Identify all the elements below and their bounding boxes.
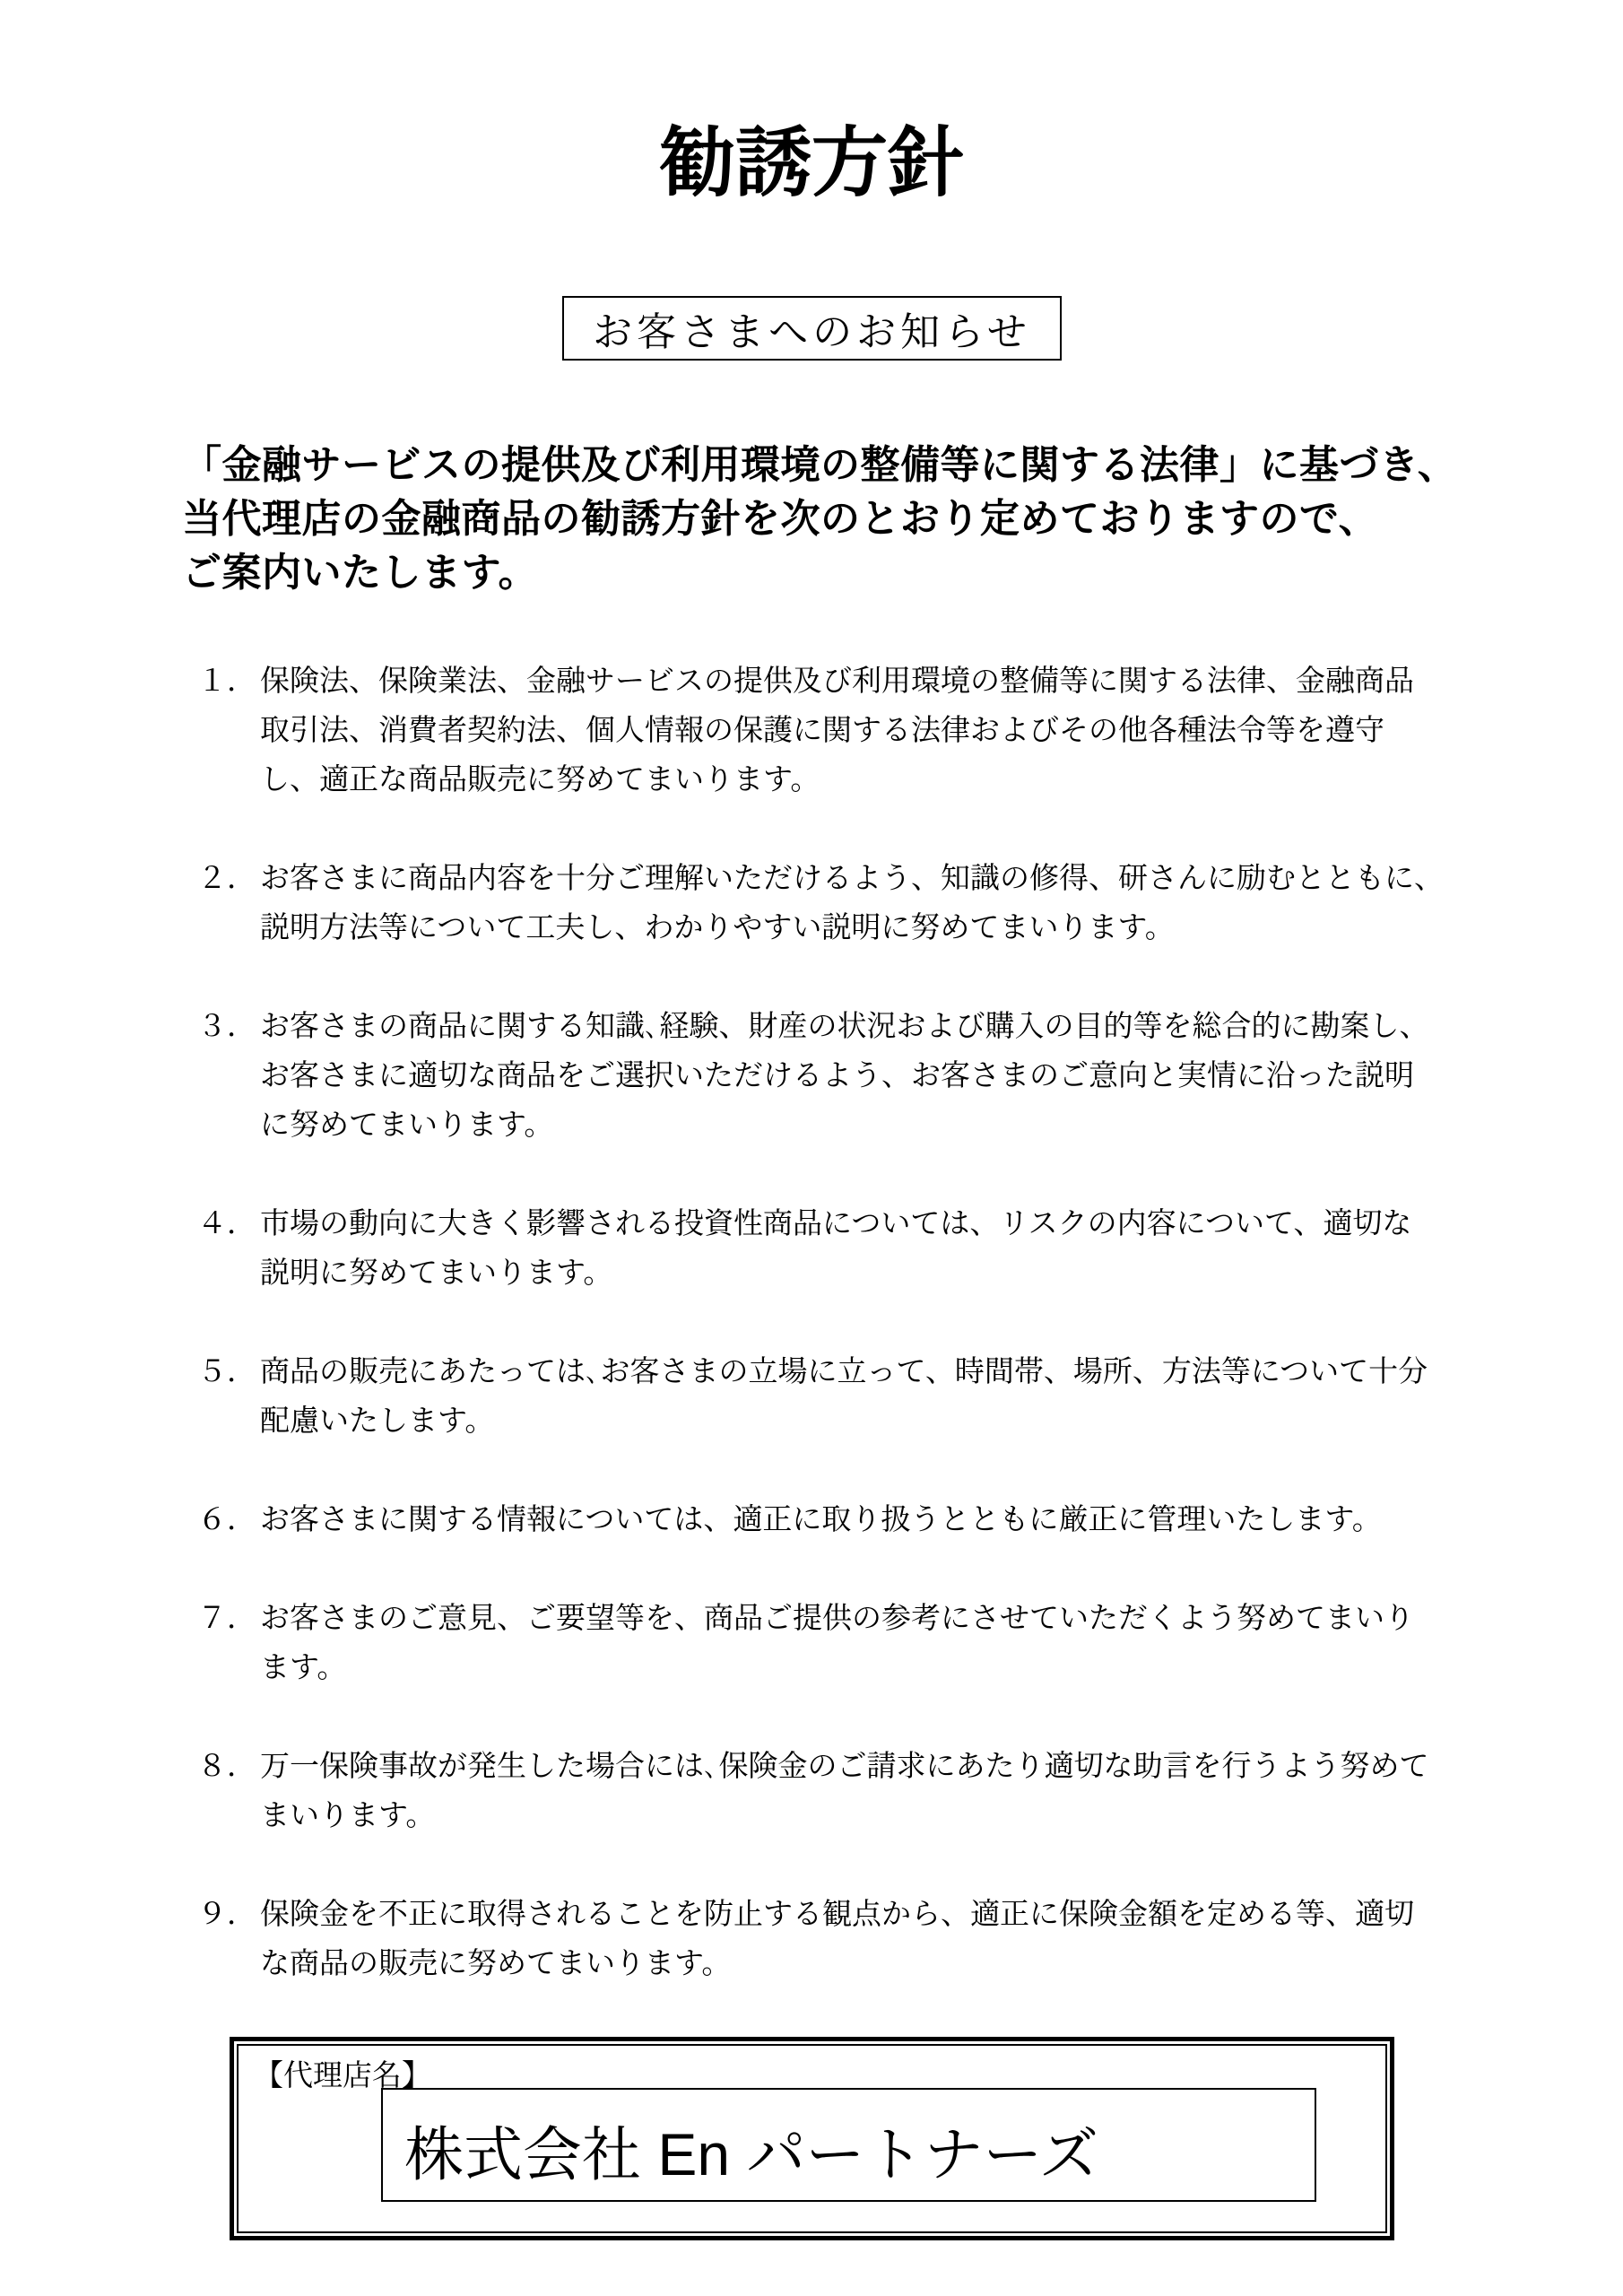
policy-item-text: 商品の販売にあたっては､お客さまの立場に立って、時間帯、場所、方法等について十分… [260, 1346, 1497, 1445]
policy-item-number: ６． [197, 1494, 260, 1544]
intro-line: ご案内いたします。 [182, 546, 1457, 600]
policy-item-line: 保険法、保険業法、金融サービスの提供及び利用環境の整備等に関する法律、金融商品 [260, 656, 1497, 705]
policy-item: ４． 市場の動向に大きく影響される投資性商品については、リスクの内容について、適… [197, 1198, 1497, 1297]
policy-item-number: ５． [197, 1346, 260, 1396]
policy-item-text: お客さまに関する情報については、適正に取り扱うとともに厳正に管理いたします。 [260, 1494, 1497, 1544]
company-name: 株式会社 En パートナーズ [404, 2107, 1098, 2192]
policy-item-text: 万一保険事故が発生した場合には､保険金のご請求にあたり適切な助言を行うよう努めて… [260, 1741, 1497, 1839]
customer-notice-box: お客さまへのお知らせ [562, 296, 1062, 361]
policy-item-number: ７． [197, 1593, 260, 1642]
policy-item-number: ９． [197, 1889, 260, 1938]
policy-list: １． 保険法、保険業法、金融サービスの提供及び利用環境の整備等に関する法律、金融… [197, 656, 1497, 2037]
policy-item-line: ます。 [260, 1642, 1497, 1692]
policy-item-line: お客さまに適切な商品をご選択いただけるよう、お客さまのご意向と実情に沿った説明 [260, 1050, 1497, 1100]
policy-item-number: １． [197, 656, 260, 705]
policy-item: ２． お客さまに商品内容を十分ご理解いただけるよう、知識の修得、研さんに励むとと… [197, 853, 1497, 952]
policy-item-line: 市場の動向に大きく影響される投資性商品については、リスクの内容について、適切な [260, 1198, 1497, 1248]
customer-notice-label: お客さまへのお知らせ [593, 300, 1031, 357]
policy-item-line: 取引法、消費者契約法、個人情報の保護に関する法律およびその他各種法令等を遵守 [260, 705, 1497, 754]
policy-item: １． 保険法、保険業法、金融サービスの提供及び利用環境の整備等に関する法律、金融… [197, 656, 1497, 804]
policy-item: ３． お客さまの商品に関する知識､経験、財産の状況および購入の目的等を総合的に勘… [197, 1001, 1497, 1149]
policy-item: ８． 万一保険事故が発生した場合には､保険金のご請求にあたり適切な助言を行うよう… [197, 1741, 1497, 1839]
policy-item-text: お客さまに商品内容を十分ご理解いただけるよう、知識の修得、研さんに励むとともに、… [260, 853, 1497, 952]
policy-item: ７． お客さまのご意見、ご要望等を、商品ご提供の参考にさせていただくよう努めてま… [197, 1593, 1497, 1692]
policy-item-text: お客さまの商品に関する知識､経験、財産の状況および購入の目的等を総合的に勘案し、… [260, 1001, 1497, 1149]
policy-item-line: 説明方法等について工夫し、わかりやすい説明に努めてまいります。 [260, 902, 1497, 952]
policy-item-number: ４． [197, 1198, 260, 1248]
policy-item: ６． お客さまに関する情報については、適正に取り扱うとともに厳正に管理いたします… [197, 1494, 1497, 1544]
policy-item-line: お客さまの商品に関する知識､経験、財産の状況および購入の目的等を総合的に勘案し、 [260, 1001, 1497, 1050]
policy-item-line: 保険金を不正に取得されることを防止する観点から、適正に保険金額を定める等、適切 [260, 1889, 1497, 1938]
company-name-box: 株式会社 En パートナーズ [381, 2088, 1316, 2202]
intro-line: 当代理店の金融商品の勧誘方針を次のとおり定めておりますので、 [182, 492, 1457, 546]
policy-item-line: な商品の販売に努めてまいります。 [260, 1938, 1497, 1987]
policy-item-line: お客さまのご意見、ご要望等を、商品ご提供の参考にさせていただくよう努めてまいり [260, 1593, 1497, 1642]
policy-item-line: 配慮いたします。 [260, 1396, 1497, 1445]
policy-item-line: し、適正な商品販売に努めてまいります。 [260, 754, 1497, 804]
policy-item-text: 保険法、保険業法、金融サービスの提供及び利用環境の整備等に関する法律、金融商品取… [260, 656, 1497, 804]
intro-line: 「金融サービスの提供及び利用環境の整備等に関する法律」に基づき、 [182, 439, 1457, 492]
policy-item: ５． 商品の販売にあたっては､お客さまの立場に立って、時間帯、場所、方法等につい… [197, 1346, 1497, 1445]
policy-item-line: まいります。 [260, 1790, 1497, 1839]
intro-paragraph: 「金融サービスの提供及び利用環境の整備等に関する法律」に基づき、 当代理店の金融… [182, 439, 1457, 600]
policy-item-line: 商品の販売にあたっては､お客さまの立場に立って、時間帯、場所、方法等について十分 [260, 1346, 1497, 1396]
policy-item-line: お客さまに商品内容を十分ご理解いただけるよう、知識の修得、研さんに励むとともに、 [260, 853, 1497, 902]
policy-item-text: お客さまのご意見、ご要望等を、商品ご提供の参考にさせていただくよう努めてまいりま… [260, 1593, 1497, 1692]
policy-item: ９． 保険金を不正に取得されることを防止する観点から、適正に保険金額を定める等、… [197, 1889, 1497, 1987]
policy-item-text: 市場の動向に大きく影響される投資性商品については、リスクの内容について、適切な説… [260, 1198, 1497, 1297]
page-title: 勧誘方針 [0, 122, 1623, 206]
solicitation-policy-document: 勧誘方針 お客さまへのお知らせ 「金融サービスの提供及び利用環境の整備等に関する… [0, 0, 1623, 2296]
agency-name-box: 【代理店名】 株式会社 En パートナーズ [237, 2044, 1387, 2233]
policy-item-number: ３． [197, 1001, 260, 1050]
policy-item-line: お客さまに関する情報については、適正に取り扱うとともに厳正に管理いたします。 [260, 1494, 1497, 1544]
policy-item-number: ２． [197, 853, 260, 902]
policy-item-line: 万一保険事故が発生した場合には､保険金のご請求にあたり適切な助言を行うよう努めて [260, 1741, 1497, 1790]
policy-item-text: 保険金を不正に取得されることを防止する観点から、適正に保険金額を定める等、適切な… [260, 1889, 1497, 1987]
policy-item-number: ８． [197, 1741, 260, 1790]
policy-item-line: に努めてまいります。 [260, 1100, 1497, 1149]
policy-item-line: 説明に努めてまいります。 [260, 1248, 1497, 1297]
